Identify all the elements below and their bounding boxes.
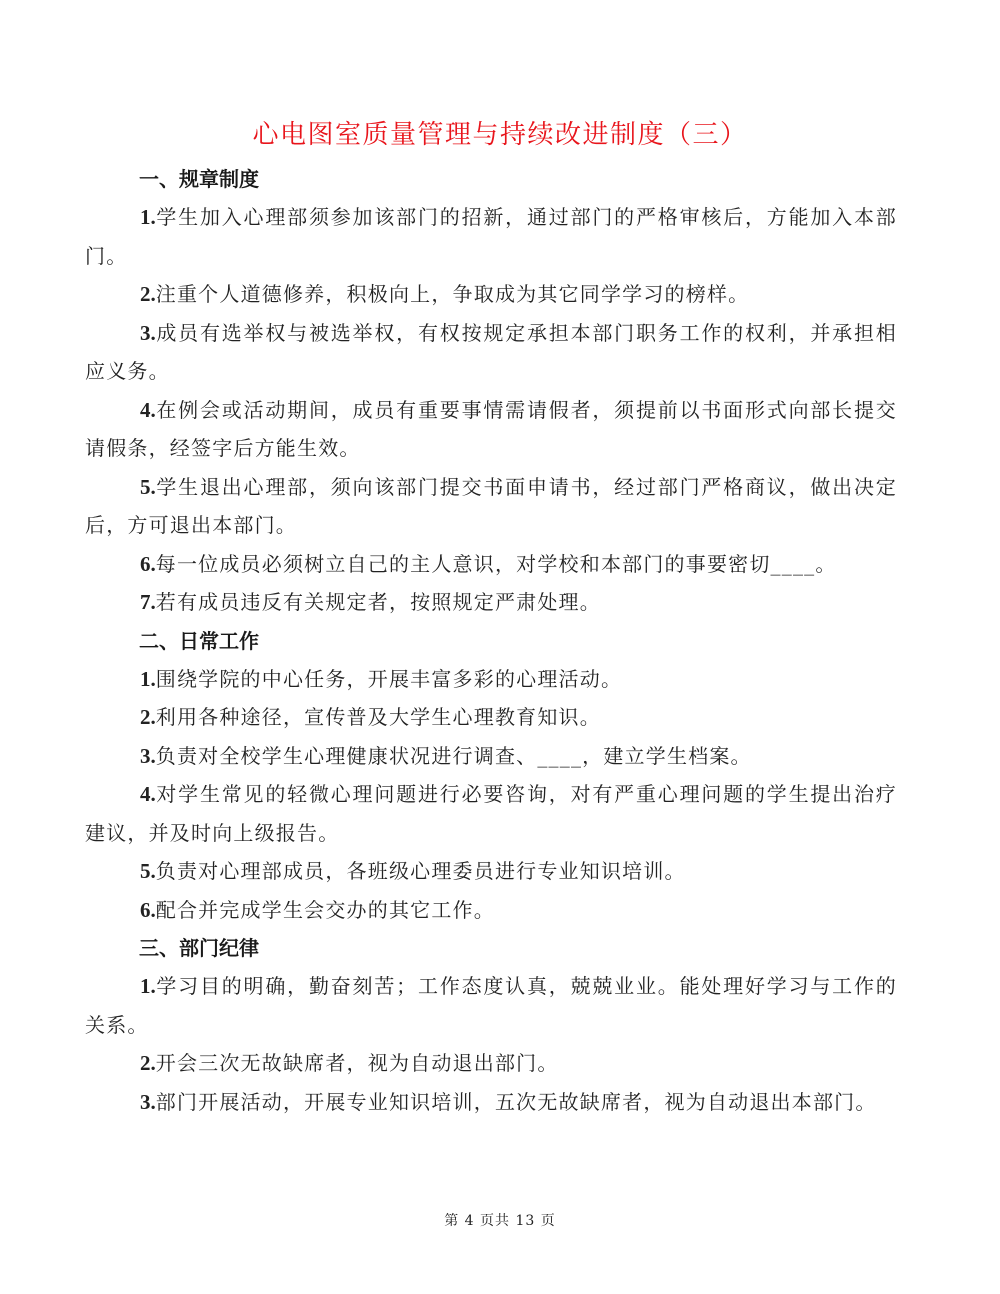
item-number: 6. bbox=[140, 552, 156, 576]
section-heading: 三、部门纪律 bbox=[85, 929, 897, 967]
item-number: 5. bbox=[140, 859, 156, 883]
item-number: 5. bbox=[140, 475, 156, 499]
section-rules: 一、规章制度 1.学生加入心理部须参加该部门的招新，通过部门的严格审核后，方能加… bbox=[85, 160, 897, 622]
item-text: 配合并完成学生会交办的其它工作。 bbox=[156, 898, 495, 922]
list-item: 3.负责对全校学生心理健康状况进行调查、____，建立学生档案。 bbox=[85, 737, 897, 776]
item-text: 利用各种途径，宣传普及大学生心理教育知识。 bbox=[156, 705, 601, 729]
item-text: 成员有选举权与被选举权，有权按规定承担本部门职务工作的权利，并承担相应义务。 bbox=[85, 321, 897, 384]
list-item: 2.开会三次无故缺席者，视为自动退出部门。 bbox=[85, 1044, 897, 1083]
item-number: 2. bbox=[140, 705, 156, 729]
item-number: 7. bbox=[140, 590, 156, 614]
list-item: 6.每一位成员必须树立自己的主人意识，对学校和本部门的事要密切____。 bbox=[85, 545, 897, 584]
item-number: 2. bbox=[140, 1051, 156, 1075]
item-number: 4. bbox=[140, 398, 156, 422]
item-text: 每一位成员必须树立自己的主人意识，对学校和本部门的事要密切____。 bbox=[156, 552, 837, 576]
item-text: 在例会或活动期间，成员有重要事情需请假者，须提前以书面形式向部长提交请假条，经签… bbox=[85, 398, 897, 461]
item-number: 4. bbox=[140, 782, 156, 806]
item-text: 部门开展活动，开展专业知识培训，五次无故缺席者，视为自动退出本部门。 bbox=[156, 1090, 877, 1114]
page-footer: 第 4 页共 13 页 bbox=[0, 1210, 1000, 1230]
document-body: 一、规章制度 1.学生加入心理部须参加该部门的招新，通过部门的严格审核后，方能加… bbox=[85, 160, 897, 1121]
section-heading: 一、规章制度 bbox=[85, 160, 897, 198]
item-text: 围绕学院的中心任务，开展丰富多彩的心理活动。 bbox=[156, 667, 622, 691]
list-item: 1.学习目的明确，勤奋刻苦；工作态度认真，兢兢业业。能处理好学习与工作的关系。 bbox=[85, 967, 897, 1044]
list-item: 3.成员有选举权与被选举权，有权按规定承担本部门职务工作的权利，并承担相应义务。 bbox=[85, 314, 897, 391]
item-number: 1. bbox=[140, 667, 156, 691]
list-item: 7.若有成员违反有关规定者，按照规定严肃处理。 bbox=[85, 583, 897, 622]
list-item: 1.围绕学院的中心任务，开展丰富多彩的心理活动。 bbox=[85, 660, 897, 699]
item-number: 1. bbox=[140, 205, 156, 229]
item-number: 2. bbox=[140, 282, 156, 306]
list-item: 4.在例会或活动期间，成员有重要事情需请假者，须提前以书面形式向部长提交请假条，… bbox=[85, 391, 897, 468]
list-item: 5.学生退出心理部，须向该部门提交书面申请书，经过部门严格商议，做出决定后，方可… bbox=[85, 468, 897, 545]
item-text: 注重个人道德修养，积极向上，争取成为其它同学学习的榜样。 bbox=[156, 282, 750, 306]
list-item: 2.注重个人道德修养，积极向上，争取成为其它同学学习的榜样。 bbox=[85, 275, 897, 314]
list-item: 1.学生加入心理部须参加该部门的招新，通过部门的严格审核后，方能加入本部门。 bbox=[85, 198, 897, 275]
section-heading: 二、日常工作 bbox=[85, 622, 897, 660]
item-text: 学习目的明确，勤奋刻苦；工作态度认真，兢兢业业。能处理好学习与工作的关系。 bbox=[85, 974, 897, 1037]
item-number: 6. bbox=[140, 898, 156, 922]
item-text: 若有成员违反有关规定者，按照规定严肃处理。 bbox=[156, 590, 601, 614]
item-text: 负责对全校学生心理健康状况进行调查、____，建立学生档案。 bbox=[156, 744, 752, 768]
item-number: 3. bbox=[140, 744, 156, 768]
item-number: 1. bbox=[140, 974, 156, 998]
item-text: 开会三次无故缺席者，视为自动退出部门。 bbox=[156, 1051, 559, 1075]
item-number: 3. bbox=[140, 321, 156, 345]
item-text: 负责对心理部成员，各班级心理委员进行专业知识培训。 bbox=[156, 859, 686, 883]
document-page: 心电图室质量管理与持续改进制度（三） 一、规章制度 1.学生加入心理部须参加该部… bbox=[0, 0, 1000, 1294]
list-item: 3.部门开展活动，开展专业知识培训，五次无故缺席者，视为自动退出本部门。 bbox=[85, 1083, 897, 1122]
list-item: 2.利用各种途径，宣传普及大学生心理教育知识。 bbox=[85, 698, 897, 737]
document-title: 心电图室质量管理与持续改进制度（三） bbox=[0, 114, 1000, 151]
list-item: 4.对学生常见的轻微心理问题进行必要咨询，对有严重心理问题的学生提出治疗建议，并… bbox=[85, 775, 897, 852]
section-daily-work: 二、日常工作 1.围绕学院的中心任务，开展丰富多彩的心理活动。 2.利用各种途径… bbox=[85, 622, 897, 930]
list-item: 6.配合并完成学生会交办的其它工作。 bbox=[85, 891, 897, 930]
item-number: 3. bbox=[140, 1090, 156, 1114]
list-item: 5.负责对心理部成员，各班级心理委员进行专业知识培训。 bbox=[85, 852, 897, 891]
item-text: 学生退出心理部，须向该部门提交书面申请书，经过部门严格商议，做出决定后，方可退出… bbox=[85, 475, 897, 538]
item-text: 学生加入心理部须参加该部门的招新，通过部门的严格审核后，方能加入本部门。 bbox=[85, 205, 897, 268]
section-discipline: 三、部门纪律 1.学习目的明确，勤奋刻苦；工作态度认真，兢兢业业。能处理好学习与… bbox=[85, 929, 897, 1121]
item-text: 对学生常见的轻微心理问题进行必要咨询，对有严重心理问题的学生提出治疗建议，并及时… bbox=[85, 782, 897, 845]
